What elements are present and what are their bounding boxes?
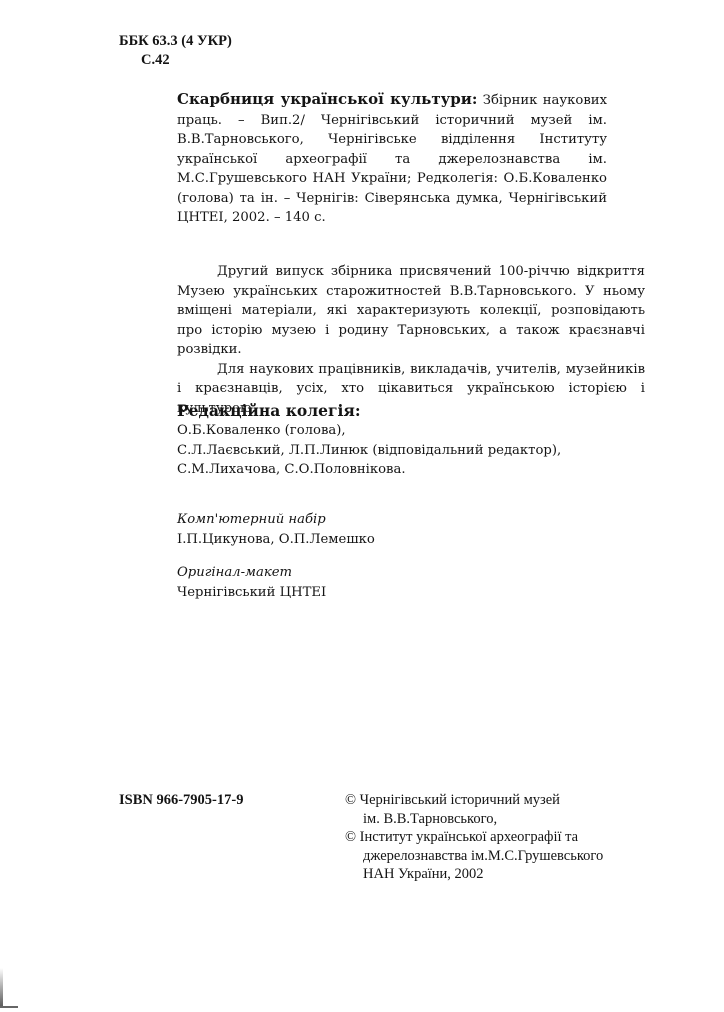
- original-layout-credit: Оригінал-макет Чернігівський ЦНТЕІ: [177, 563, 326, 602]
- bibliographic-entry: Скарбниця української культури: Збірник …: [177, 90, 607, 228]
- original-layout-value: Чернігівський ЦНТЕІ: [177, 583, 326, 603]
- author-sign-code: С.42: [119, 51, 232, 70]
- editorial-board-line: О.Б.Коваленко (голова),: [177, 421, 561, 441]
- original-layout-label: Оригінал-макет: [177, 563, 326, 583]
- abstract: Другий випуск збірника присвячений 100-р…: [177, 262, 645, 418]
- typesetting-names: І.П.Цикунова, О.П.Лемешко: [177, 530, 375, 550]
- copyright-continuation: ім. В.В.Тарновського,: [345, 810, 603, 829]
- isbn: ISBN 966-7905-17-9: [119, 792, 243, 809]
- copyright-icon: ©: [345, 792, 356, 808]
- scan-edge-mark: [0, 968, 3, 1008]
- bbk-code: ББК 63.3 (4 УКР): [119, 33, 232, 49]
- editorial-board: Редакційна колегія: О.Б.Коваленко (голов…: [177, 400, 561, 480]
- copyright-line: © Інститут української археографії та: [345, 828, 603, 847]
- copyright-block: © Чернігівський історичний музей ім. В.В…: [345, 791, 603, 884]
- scan-edge-mark: [0, 1006, 18, 1008]
- editorial-board-line: С.М.Лихачова, С.О.Половнікова.: [177, 460, 561, 480]
- copyright-continuation: НАН України, 2002: [345, 865, 603, 884]
- editorial-board-line: С.Л.Лаєвський, Л.П.Линюк (відповідальний…: [177, 441, 561, 461]
- editorial-board-heading: Редакційна колегія:: [177, 400, 561, 421]
- bibliographic-description: Збірник наукових праць. – Вип.2/ Чернігі…: [177, 93, 607, 225]
- copyright-icon: ©: [345, 829, 356, 845]
- classification-block: ББК 63.3 (4 УКР) С.42: [119, 32, 232, 70]
- typesetting-credit: Комп'ютерний набір І.П.Цикунова, О.П.Лем…: [177, 510, 375, 549]
- book-title: Скарбниця української культури:: [177, 90, 477, 108]
- typesetting-label: Комп'ютерний набір: [177, 510, 375, 530]
- copyright-continuation: джерелознавства ім.М.С.Грушевського: [345, 847, 603, 866]
- abstract-paragraph: Другий випуск збірника присвячений 100-р…: [177, 262, 645, 360]
- copyright-line: © Чернігівський історичний музей: [345, 791, 603, 810]
